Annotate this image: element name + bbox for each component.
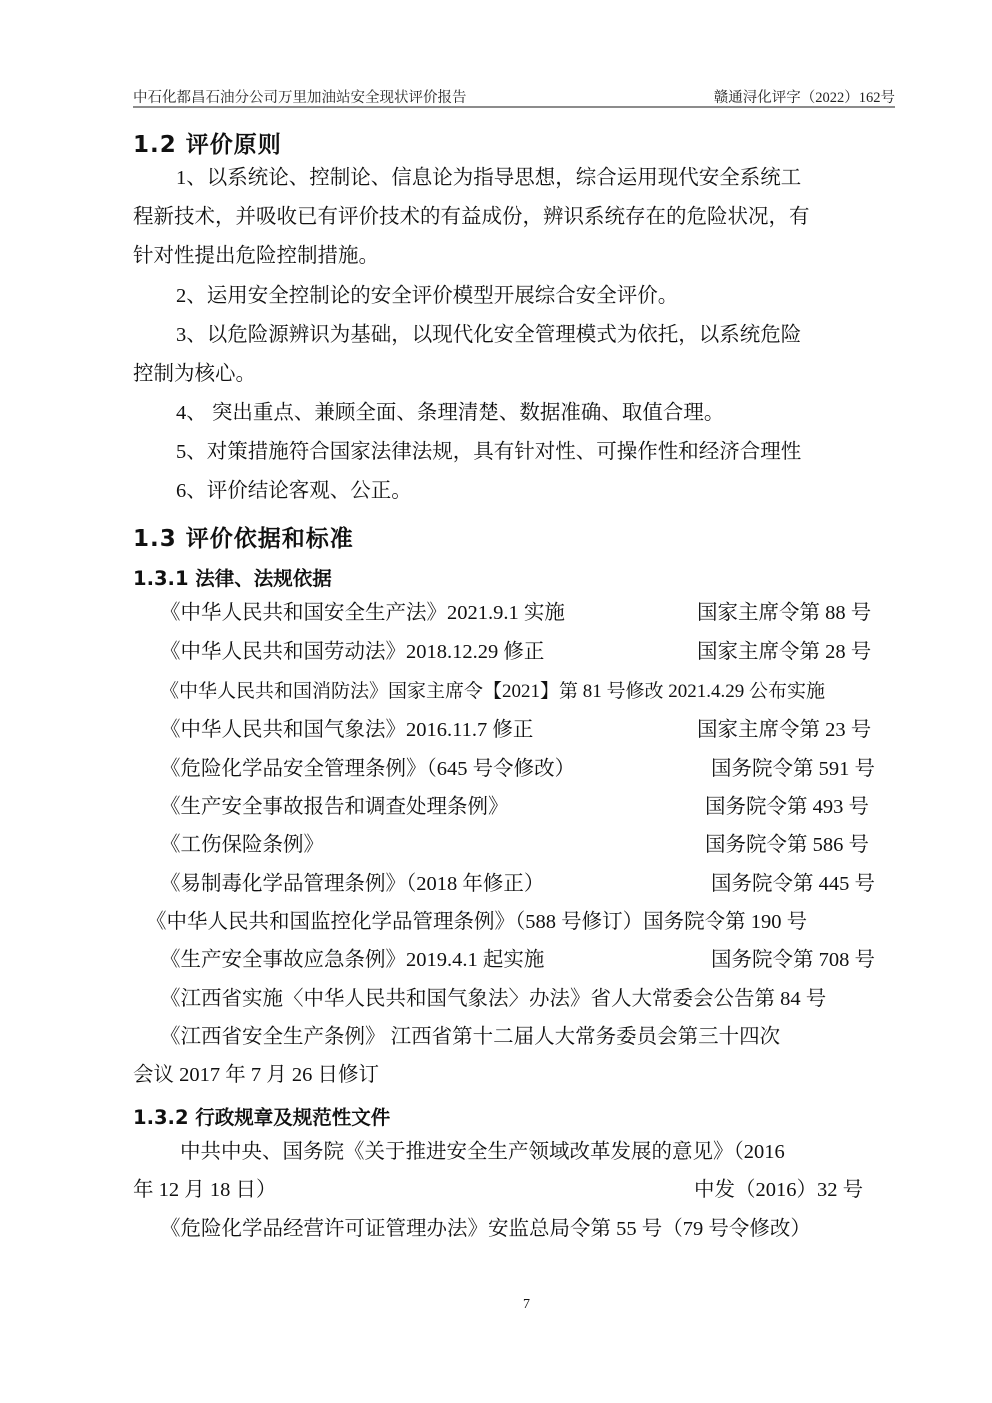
regulation-name: 《危险化学品经营许可证管理办法》安监总局令第 55 号（79 号令修改） [160, 1219, 811, 1240]
law-name: 《中华人民共和国监控化学品管理条例》（588 号修订）国务院令第 190 号 [146, 912, 807, 933]
regulation-ref: 中发（2016）32 号 [694, 1180, 863, 1201]
principle-3-line-2: 控制为核心。 [133, 364, 256, 385]
law-name: 《江西省实施〈中华人民共和国气象法〉办法》省人大常委会公告第 84 号 [160, 989, 826, 1010]
principle-1-line-3: 针对性提出危险控制措施。 [133, 246, 379, 267]
subsection-heading-1-3-1: 1.3.1 法律、法规依据 [133, 563, 332, 591]
law-name: 《中华人民共和国气象法》2016.11.7 修正 [160, 720, 533, 741]
section-heading-1-3: 1.3 评价依据和标准 [133, 520, 354, 553]
law-ref: 国家主席令第 28 号 [697, 642, 871, 663]
principle-1-line-1: 1、以系统论、控制论、信息论为指导思想，综合运用现代安全系统工 [176, 168, 801, 189]
law-name: 《易制毒化学品管理条例》（2018 年修正） [160, 874, 544, 895]
law-name: 《工伤保险条例》 [160, 835, 324, 856]
law-name: 《中华人民共和国劳动法》2018.12.29 修正 [160, 642, 544, 663]
law-ref: 国务院令第 445 号 [711, 874, 875, 895]
law-ref: 国务院令第 586 号 [705, 835, 869, 856]
law-ref: 国家主席令第 88 号 [697, 603, 871, 624]
principle-5: 5、对策措施符合国家法律法规，具有针对性、可操作性和经济合理性 [176, 442, 801, 463]
section-heading-1-2: 1.2 评价原则 [133, 126, 282, 159]
principle-4: 4、 突出重点、兼顾全面、条理清楚、数据准确、取值合理。 [176, 403, 724, 424]
law-name: 《江西省安全生产条例》 江西省第十二届人大常务委员会第三十四次 [160, 1027, 780, 1048]
law-ref: 国务院令第 591 号 [711, 759, 875, 780]
principle-1-line-2: 程新技术，并吸收已有评价技术的有益成份，辨识系统存在的危险状况，有 [133, 207, 810, 228]
header-report-number: 赣通浔化评字（2022）162号 [714, 86, 895, 107]
regulation-name: 年 12 月 18 日） [133, 1180, 277, 1201]
law-name: 《生产安全事故应急条例》2019.4.1 起实施 [160, 950, 544, 971]
regulation-name: 中共中央、国务院《关于推进安全生产领域改革发展的意见》（2016 [180, 1142, 785, 1163]
law-name: 《中华人民共和国消防法》国家主席令【2021】第 81 号修改 2021.4.2… [160, 682, 825, 701]
header-report-title: 中石化都昌石油分公司万里加油站安全现状评价报告 [133, 86, 467, 107]
law-ref: 国家主席令第 23 号 [697, 720, 871, 741]
document-page: 中石化都昌石油分公司万里加油站安全现状评价报告 赣通浔化评字（2022）162号… [0, 0, 992, 1403]
header-divider [133, 106, 895, 108]
subsection-heading-1-3-2: 1.3.2 行政规章及规范性文件 [133, 1102, 390, 1130]
law-name: 《生产安全事故报告和调查处理条例》 [160, 797, 509, 818]
principle-2: 2、运用安全控制论的安全评价模型开展综合安全评价。 [176, 286, 678, 307]
law-ref: 国务院令第 708 号 [711, 950, 875, 971]
principle-6: 6、评价结论客观、公正。 [176, 481, 412, 502]
law-ref: 国务院令第 493 号 [705, 797, 869, 818]
law-name: 会议 2017 年 7 月 26 日修订 [133, 1065, 379, 1086]
page-number: 7 [523, 1297, 530, 1313]
law-name: 《危险化学品安全管理条例》（645 号令修改） [160, 759, 575, 780]
running-header: 中石化都昌石油分公司万里加油站安全现状评价报告 赣通浔化评字（2022）162号 [133, 86, 895, 106]
principle-3-line-1: 3、以危险源辨识为基础，以现代化安全管理模式为依托，以系统危险 [176, 325, 801, 346]
law-name: 《中华人民共和国安全生产法》2021.9.1 实施 [160, 603, 565, 624]
